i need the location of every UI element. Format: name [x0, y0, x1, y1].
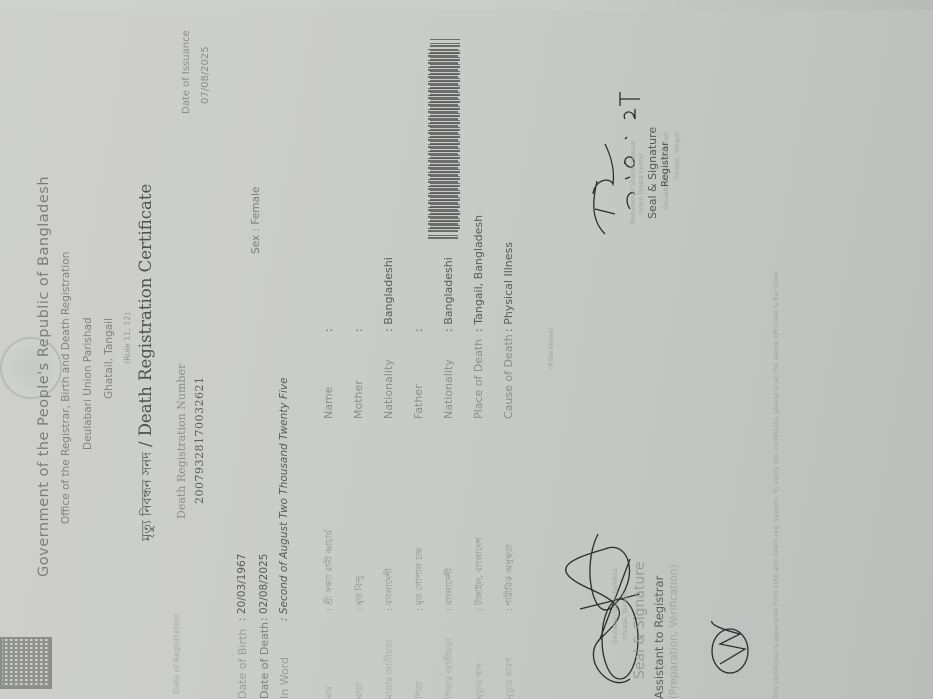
date-of-death: : 02/08/2025	[258, 554, 270, 621]
assistant-role-note: (Preparation, Verification)	[668, 564, 680, 699]
field-label-bangla: নাম	[322, 686, 337, 699]
field-label-bangla: মৃত্যুর কারণ	[502, 658, 517, 699]
field-value-english: : Physical Illness	[502, 242, 515, 332]
field-label-english: Cause of Death	[502, 334, 515, 419]
field-value-bangla: : টাঙ্গাইল, বাংলাদেশ	[472, 537, 487, 611]
title-separator: /	[136, 441, 155, 447]
page-title: মৃত্যু নিবন্ধন সনদ / Death Registration …	[136, 184, 159, 541]
death-certificate: Government of the People's Republic of B…	[0, 9, 900, 699]
in-word-label: In Word	[278, 657, 291, 699]
cause-note: (If the known)	[548, 327, 555, 369]
field-value-bangla: : বাংলাদেশী	[442, 568, 457, 611]
registrar-name-line-1: Muhammad Shahnuzzaman	[630, 140, 637, 224]
registrar-seal-signature: Seal & Signature	[646, 127, 659, 219]
field-value-english: : Tangail, Bangladesh	[472, 215, 485, 332]
field-label-bangla: পিতা	[412, 681, 427, 699]
field-label-bangla: পিতার জাতীয়তা	[442, 638, 457, 699]
field-label-english: Place of Death	[472, 339, 485, 419]
field-label-bangla: মাতার জাতীয়তা	[382, 640, 397, 699]
date-of-death-in-word: : Second of August Two Thousand Twenty F…	[278, 377, 290, 621]
field-value-english: : Bangladeshi	[382, 257, 395, 332]
field-value-english: :	[412, 328, 425, 332]
field-label-english: Nationality	[442, 359, 455, 419]
field-value-english: :	[352, 328, 365, 332]
registrar-name-line-2: Union Digital Center	[638, 153, 645, 214]
field-value-english: :	[322, 328, 335, 332]
qr-code	[0, 637, 52, 689]
assistant-name-line-1: Deulabari Union Parishad	[612, 568, 619, 644]
field-label-english: Father	[412, 384, 425, 419]
date-of-issuance-label: Date of Issuance	[181, 30, 192, 114]
death-registration-number: 20079328170032621	[193, 377, 206, 504]
field-value-english: : Bangladeshi	[442, 257, 455, 332]
assistant-name-line-2: Ghatail, Tangail	[622, 593, 629, 639]
title-bangla: মৃত্যু নিবন্ধন সনদ	[140, 452, 155, 541]
registrar-office-line-2: Ghatail, Tangail	[674, 133, 681, 179]
field-label-english: Nationality	[382, 359, 395, 419]
registrar-title: Registrar	[660, 142, 671, 187]
title-english: Death Registration Certificate	[136, 184, 155, 437]
footer-verification-note: This certificate is generated from birth…	[772, 269, 780, 699]
field-label-english: Mother	[352, 380, 365, 419]
field-label-bangla: মৃত্যুর স্থান	[472, 663, 487, 699]
assistant-to-registrar: Assistant to Registrar	[652, 576, 666, 699]
header-union: Deulabari Union Parishad	[82, 317, 94, 450]
date-of-issuance: 07/08/2025	[200, 46, 211, 104]
header-rule: (Rule 11, 12)	[123, 312, 132, 364]
death-registration-number-label: Death Registration Number	[175, 364, 188, 519]
date-of-birth-label: Date of Birth	[236, 629, 249, 699]
verifier-initials	[700, 619, 760, 679]
date-of-birth: : 20/03/1967	[236, 554, 248, 621]
header-office: Office of the Registrar, Birth and Death…	[60, 252, 72, 524]
date-of-death-label: Date of Death	[258, 622, 271, 699]
field-value-bangla: : মৃত গোপাল চন্দ্র	[412, 548, 427, 611]
government-seal-logo	[0, 337, 62, 399]
field-label-bangla: মাতা	[352, 682, 367, 699]
field-value-bangla: : মৃত বিন্দু	[352, 576, 367, 611]
header-upazila: Ghatail, Tangail	[103, 318, 115, 399]
field-value-bangla: : বাংলাদেশী	[382, 568, 397, 611]
field-value-bangla: : শারীরিক অসুস্থতা	[502, 544, 517, 611]
barcode	[430, 39, 460, 229]
sex: Sex : Female	[250, 187, 262, 254]
date-of-registration-label: Date of Registration	[172, 614, 181, 694]
assistant-seal-signature: Seal & Signature	[632, 562, 648, 679]
field-label-english: Name	[322, 387, 335, 419]
field-value-bangla: : শ্রী সন্ধ্যা রানী আচার্য	[322, 530, 337, 611]
header-government: Government of the People's Republic of B…	[36, 176, 52, 577]
